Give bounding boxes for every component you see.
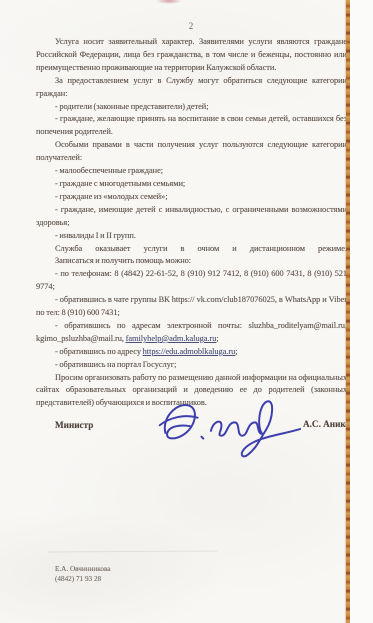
email-link-familyhelp[interactable]: familyhelp@adm.kaluga.ru [126, 334, 217, 343]
list-item: - родители (законные представители) дете… [36, 101, 347, 114]
paragraph: Служба оказывает услуги в очном и дистан… [36, 243, 347, 256]
list-item: - инвалиды I и II групп. [36, 230, 347, 243]
list-item: - граждане, имеющие детей с инвалидность… [36, 204, 347, 230]
list-item: - граждане, желающие принять на воспитан… [36, 113, 347, 139]
list-item-emails: - обратившись по адресам электронной поч… [36, 320, 347, 346]
page-number: 2 [36, 21, 346, 31]
paragraph: Услуга носит заявительный характер. Заяв… [36, 36, 347, 75]
scan-background-right [350, 0, 373, 623]
paragraph: Особыми правами в части получения услуг … [36, 139, 347, 165]
list-item: - граждане с многодетными семьями; [36, 178, 347, 191]
url-link-edu-admoblkaluga[interactable]: https://edu.admoblkaluga.ru [143, 347, 236, 356]
list-item-phones: - по телефонам: 8 (4842) 22-61-52, 8 (91… [36, 268, 347, 294]
list-item: - граждане из «молодых семей»; [36, 191, 347, 204]
list-item-vk-whatsapp: - обратившись в чате группы ВК https:// … [36, 294, 347, 320]
site-text: - обратившись по адресу [55, 347, 143, 356]
executor-phone: (4842) 71 93 28 [55, 575, 111, 585]
punctuation: ; [235, 347, 237, 356]
handwritten-signature-ink [150, 393, 306, 467]
executor-name: Е.А. Овчинникова [55, 565, 111, 575]
punctuation: ; [216, 334, 218, 343]
list-item-site: - обратившись по адресу https://edu.admo… [36, 346, 347, 359]
letter-body: Услуга носит заявительный характер. Заяв… [36, 36, 347, 410]
paragraph: За предоставлением услуг в Службу могут … [36, 75, 347, 101]
signatory-title: Министр [55, 420, 93, 430]
scanned-letter-page: 2 Услуга носит заявительный характер. За… [0, 0, 373, 623]
list-item-gosuslugi: - обратившись на портал Госуслуг; [36, 359, 347, 372]
executor-contact: Е.А. Овчинникова (4842) 71 93 28 [55, 565, 111, 584]
page-edge-stripe [346, 0, 350, 623]
scan-artifact-top-smudge [156, 0, 182, 4]
list-item: - малообеспеченные граждане; [36, 165, 347, 178]
scan-artifact-line [48, 551, 218, 553]
signature-strokes [160, 401, 300, 456]
paragraph: Записаться и получить помощь можно: [36, 255, 347, 268]
